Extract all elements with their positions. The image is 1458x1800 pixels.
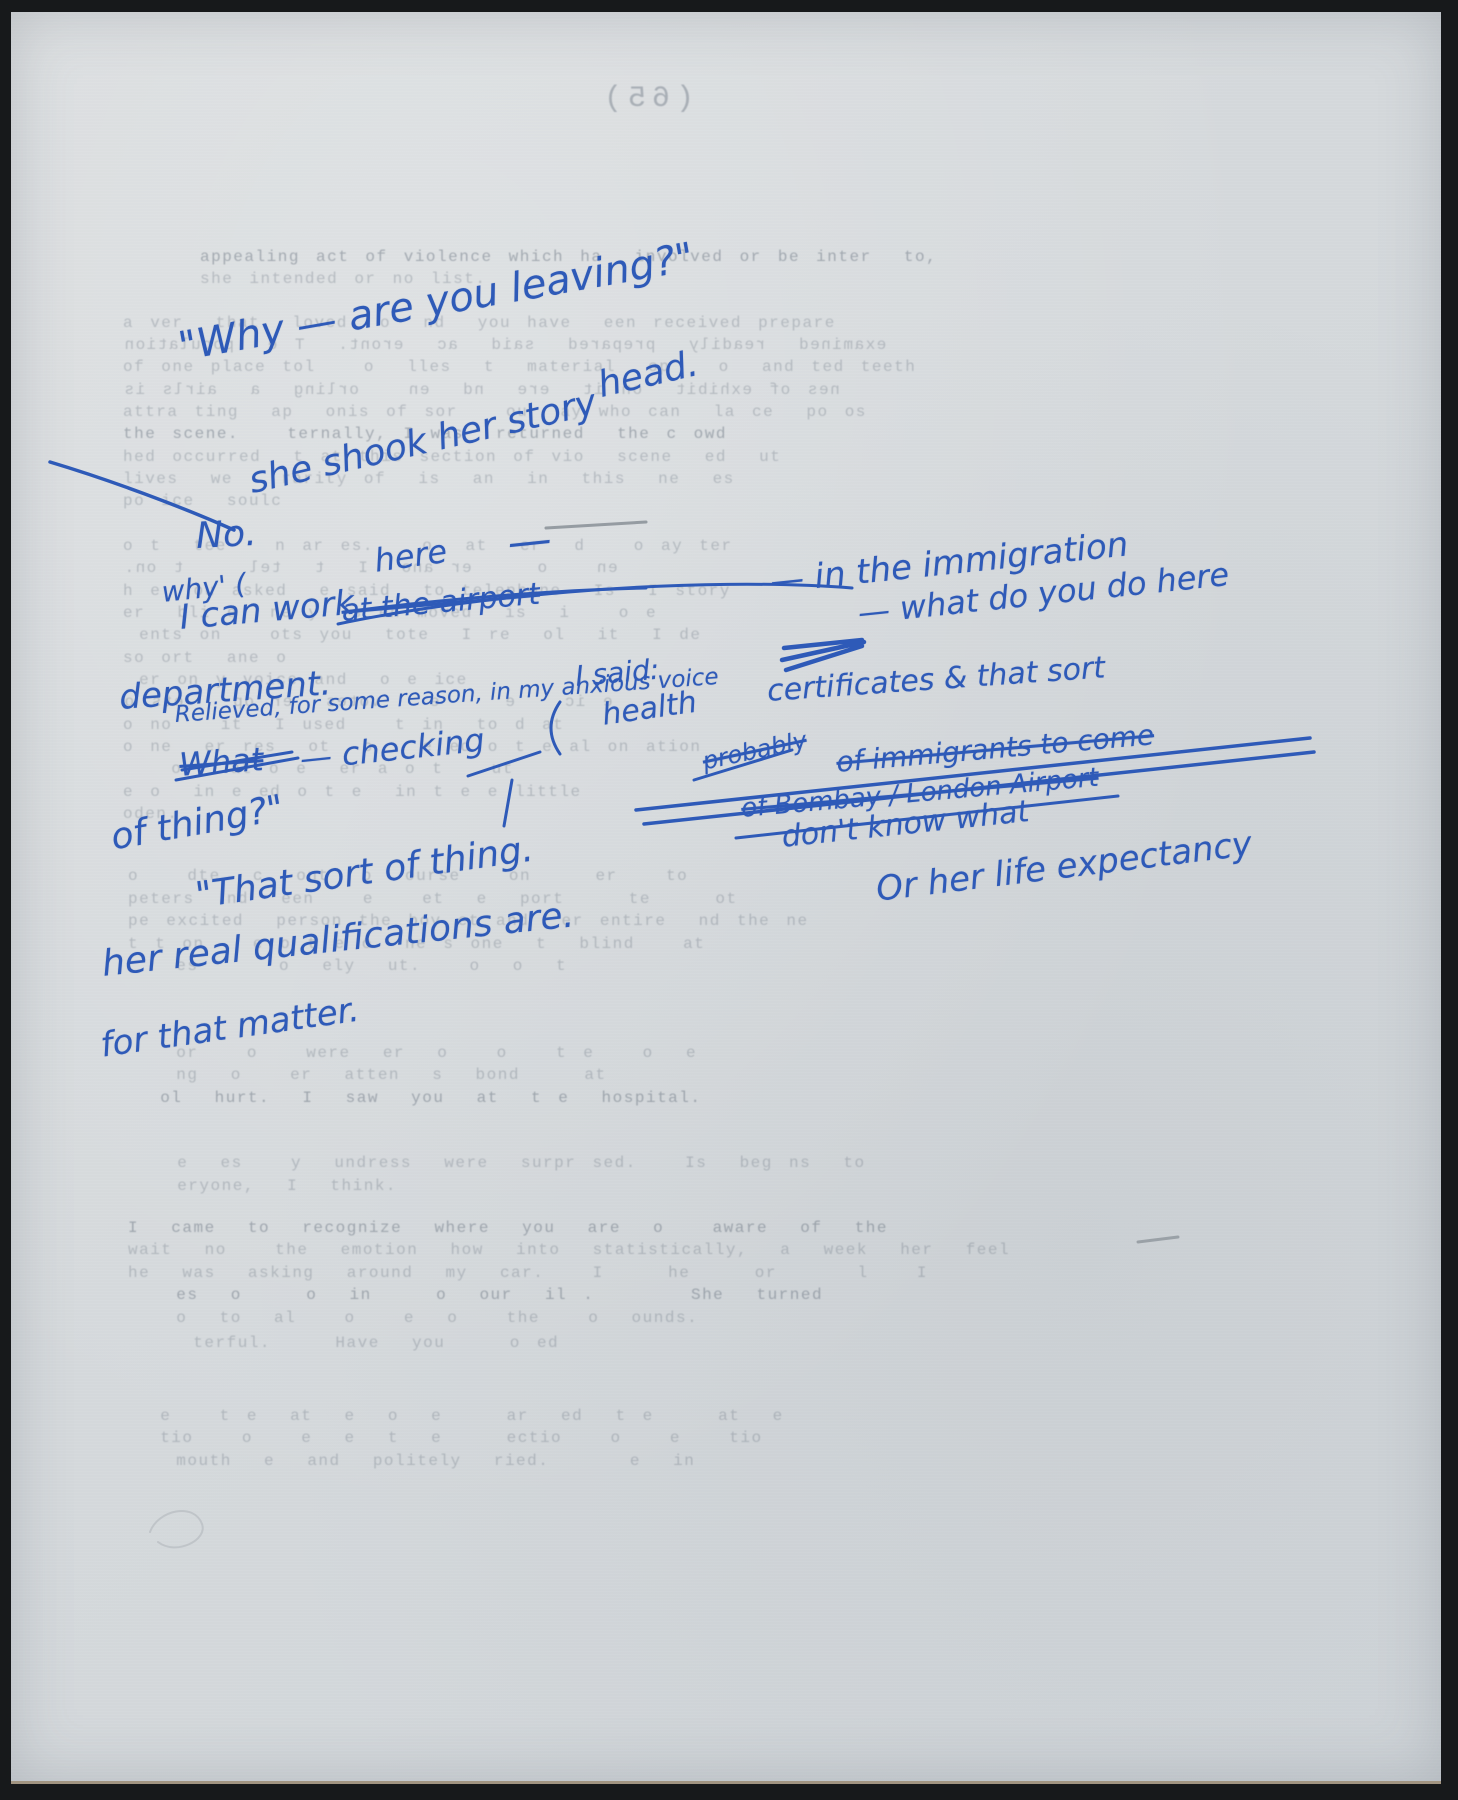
typed-line: he was asking around my car. I he or l I xyxy=(128,1262,928,1284)
typed-line: mouth e and politely ried. e in xyxy=(128,1450,695,1472)
typed-line: tio o e e t e ectio o e tio xyxy=(128,1427,763,1449)
typed-line: so ort ane o xyxy=(123,647,287,669)
typed-line: wait no the emotion how into statistical… xyxy=(128,1239,1010,1261)
handwritten-line-struck: What xyxy=(178,740,265,784)
typed-line: nes of exhibit on it ere nd en orling a … xyxy=(123,379,840,401)
typed-line: ng o er atten s bond at xyxy=(128,1064,607,1086)
handwritten-line: — xyxy=(505,513,554,568)
typed-line: eryone, I think. xyxy=(145,1175,397,1197)
typed-line: ol hurt. I saw you at t e hospital. xyxy=(128,1087,701,1109)
typed-line: I came to recognize where you are o awar… xyxy=(128,1217,888,1239)
typed-line: e es y undress were surpr sed. Is beg ns… xyxy=(145,1152,866,1174)
typed-line: e t e at e o e ar ed t e at e xyxy=(128,1405,784,1427)
typed-line: es o o in o our il . She turned xyxy=(128,1284,823,1306)
scanned-page: (65) appealing act of violence which ha … xyxy=(0,0,1458,1800)
typed-line: o to al o e o the o ounds. xyxy=(128,1307,698,1329)
paper-bottom-edge xyxy=(11,1781,1441,1784)
typed-line: terful. Have you o ed xyxy=(145,1332,559,1354)
handwritten-line: No. xyxy=(195,513,257,557)
page-number: (65) xyxy=(598,82,694,116)
typed-line: e o in e ed o t e in t e e little xyxy=(123,781,582,803)
typed-line: lives we rarity of is an in this ne es xyxy=(123,468,735,490)
